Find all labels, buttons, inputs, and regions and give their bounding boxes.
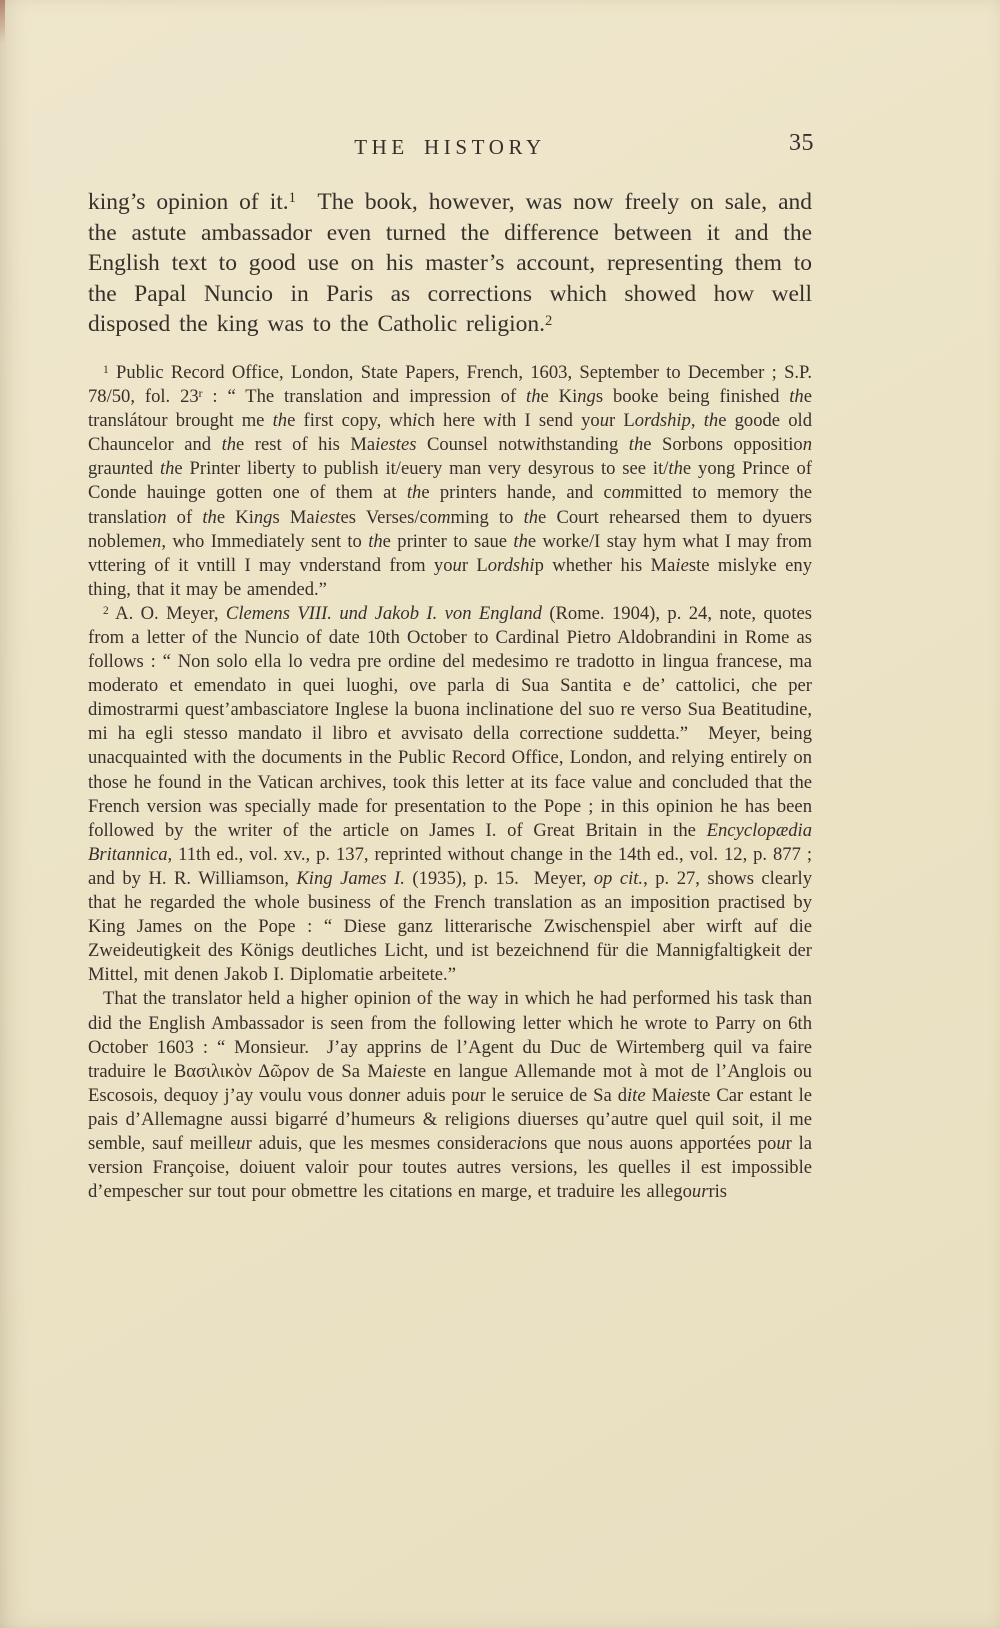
running-title: THE HISTORY	[88, 132, 812, 162]
book-page: THE HISTORY 35 king’s opinion of it.1 Th…	[0, 0, 1000, 1628]
text-column: THE HISTORY 35 king’s opinion of it.1 Th…	[88, 132, 812, 1204]
footnote-1: 1 Public Record Office, London, State Pa…	[88, 361, 812, 602]
page-edge-mark	[0, 0, 5, 44]
footnotes-section: 1 Public Record Office, London, State Pa…	[88, 361, 812, 1204]
running-head: THE HISTORY 35	[88, 132, 812, 166]
footnote-2-continuation: That the translator held a higher opinio…	[88, 987, 812, 1204]
body-paragraph: king’s opinion of it.1 The book, however…	[88, 187, 812, 340]
page-number: 35	[789, 128, 814, 158]
footnote-2: 2 A. O. Meyer, Clemens VIII. und Jakob I…	[88, 602, 812, 988]
